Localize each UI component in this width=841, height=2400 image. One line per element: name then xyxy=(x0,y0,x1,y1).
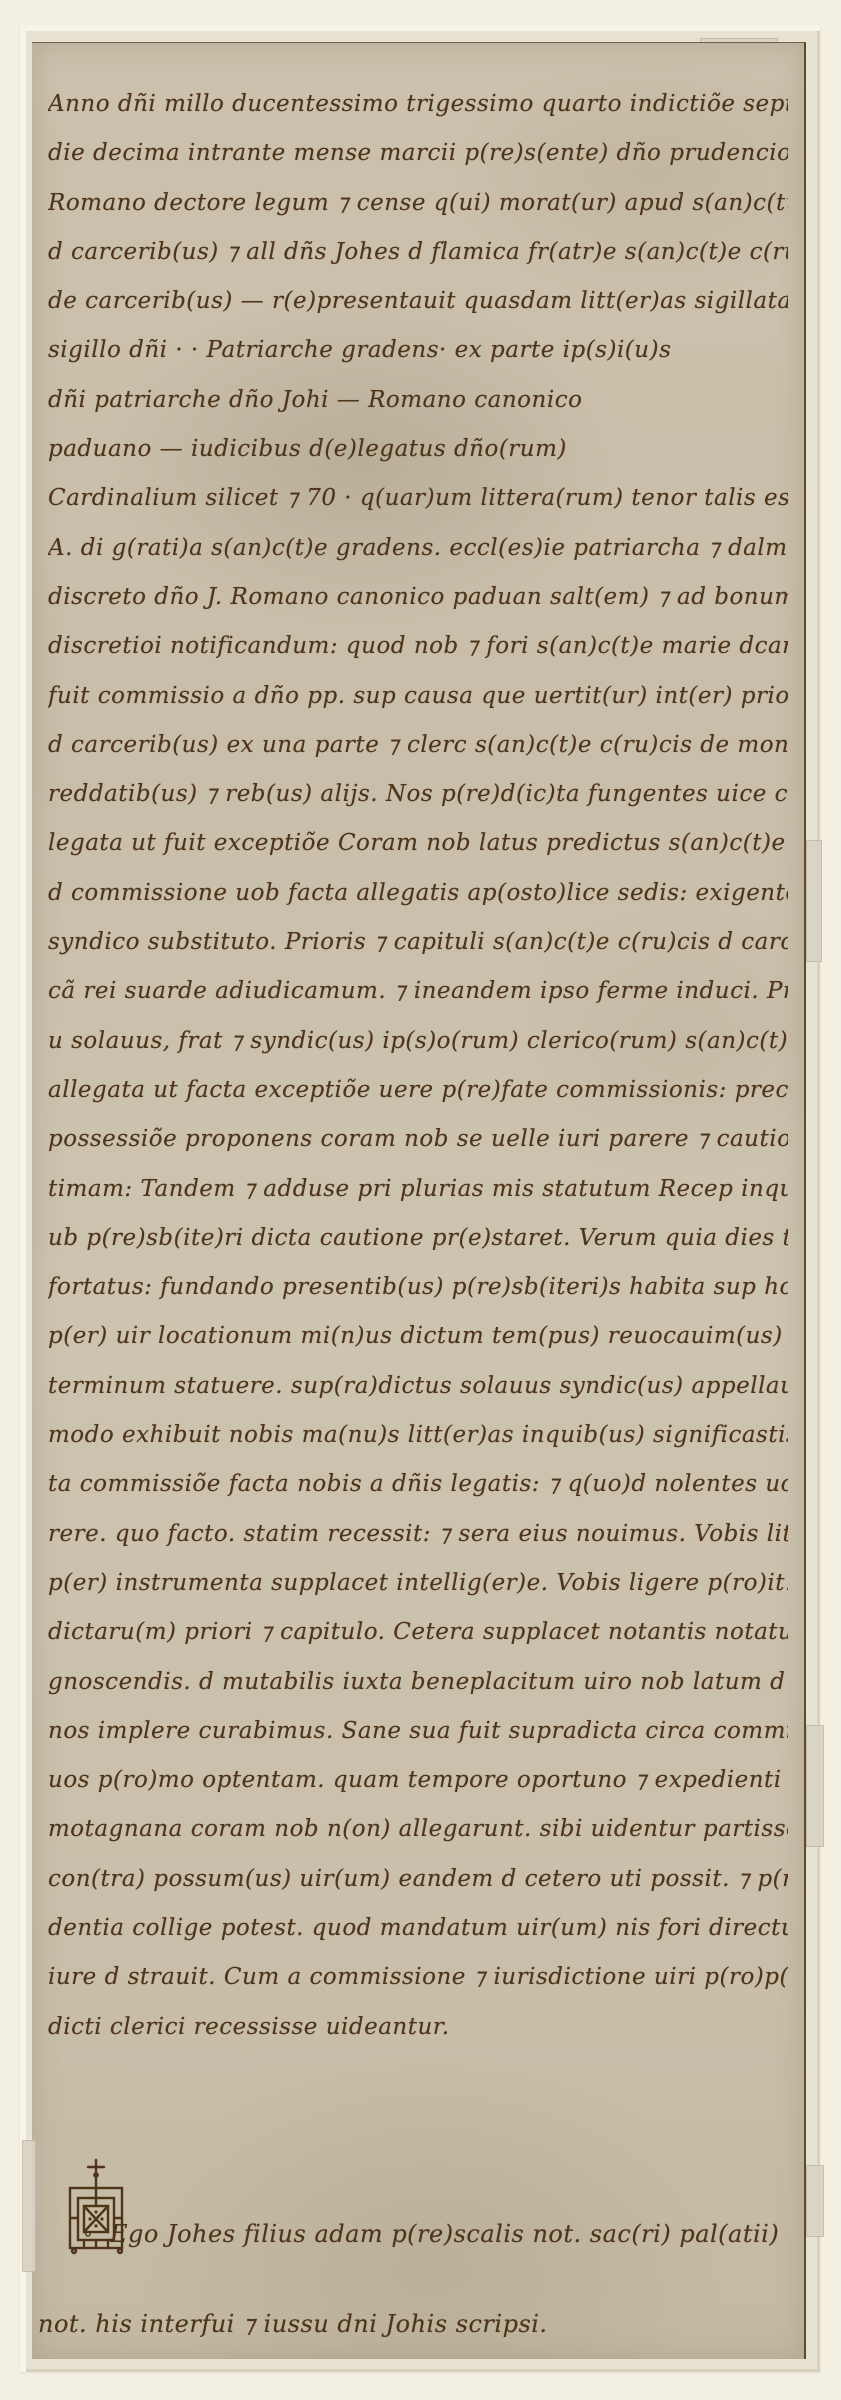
manuscript-line: motagnana coram nob n(on) allegarunt. si… xyxy=(48,1805,788,1854)
manuscript-line: dicti clerici recessisse uideantur. xyxy=(48,2003,788,2052)
manuscript-line: p(er) uir locationum mi(n)us dictum tem(… xyxy=(48,1312,788,1361)
manuscript-line: A. di g(rati)a s(an)c(t)e gradens. eccl(… xyxy=(48,524,788,573)
manuscript-line: fuit commissio a dño pp. sup causa que u… xyxy=(48,672,788,721)
subscription-line-1: Ego Johes filius adam p(re)scalis not. s… xyxy=(110,2210,790,2259)
manuscript-line: nos implere curabimus. Sane sua fuit sup… xyxy=(48,1707,788,1756)
hinge-tab-left xyxy=(22,2140,36,2272)
subscription-line-2: not. his interfui ⁊ iussu dni Johis scri… xyxy=(38,2300,738,2349)
manuscript-line: d commissione uob facta allegatis ap(ost… xyxy=(48,869,788,918)
manuscript-line: dictaru(m) priori ⁊ capitulo. Cetera sup… xyxy=(48,1608,788,1657)
manuscript-line: Anno dñi millo ducentessimo trigessimo q… xyxy=(48,80,788,129)
notary-subscription: Ego Johes filius adam p(re)scalis not. s… xyxy=(110,2210,790,2259)
manuscript-line: dentia collige potest. quod mandatum uir… xyxy=(48,1904,788,1953)
manuscript-line: sigillo dñi · · Patriarche gradens· ex p… xyxy=(48,326,788,375)
manuscript-line: Cardinalium silicet ⁊ 70 · q(uar)um litt… xyxy=(48,474,788,523)
manuscript-line: syndico substituto. Prioris ⁊ capituli s… xyxy=(48,918,788,967)
document-body: Anno dñi millo ducentessimo trigessimo q… xyxy=(48,80,788,2052)
manuscript-line: d carcerib(us) ex una parte ⁊ clerc s(an… xyxy=(48,721,788,770)
hinge-tab-right-3 xyxy=(806,2165,824,2237)
manuscript-line: fortatus: fundando presentib(us) p(re)sb… xyxy=(48,1263,788,1312)
manuscript-line: p(er) instrumenta supplacet intellig(er)… xyxy=(48,1559,788,1608)
manuscript-line: timam: Tandem ⁊ adduse pri plurias mis s… xyxy=(48,1165,788,1214)
manuscript-line: allegata ut facta exceptiõe uere p(re)fa… xyxy=(48,1066,788,1115)
manuscript-line: possessiõe proponens coram nob se uelle … xyxy=(48,1115,788,1164)
manuscript-line: Romano dectore legum ⁊ cense q(ui) morat… xyxy=(48,179,788,228)
manuscript-line: dñi patriarche dño Johi — Romano canonic… xyxy=(48,376,788,425)
manuscript-line: modo exhibuit nobis ma(nu)s litt(er)as i… xyxy=(48,1411,788,1460)
manuscript-line: gnoscendis. d mutabilis iuxta beneplacit… xyxy=(48,1658,788,1707)
notary-subscription-continued: not. his interfui ⁊ iussu dni Johis scri… xyxy=(38,2300,738,2349)
manuscript-line: d carcerib(us) ⁊ all dñs Johes d flamica… xyxy=(48,228,788,277)
manuscript-line: terminum statuere. sup(ra)dictus solauus… xyxy=(48,1362,788,1411)
manuscript-line: iure d strauit. Cum a commissione ⁊ iuri… xyxy=(48,1953,788,2002)
manuscript-line: uos p(ro)mo optentam. quam tempore oport… xyxy=(48,1756,788,1805)
hinge-tab-right-1 xyxy=(806,840,822,962)
manuscript-line: ta commissiõe facta nobis a dñis legatis… xyxy=(48,1460,788,1509)
manuscript-line: con(tra) possum(us) uir(um) eandem d cet… xyxy=(48,1855,788,1904)
manuscript-line: u solauus, frat ⁊ syndic(us) ip(s)o(rum)… xyxy=(48,1017,788,1066)
manuscript-line: reddatib(us) ⁊ reb(us) alijs. Nos p(re)d… xyxy=(48,770,788,819)
manuscript-line: cã rei suarde adiudicamum. ⁊ ineandem ip… xyxy=(48,967,788,1016)
manuscript-line: rere. quo facto. statim recessit: ⁊ sera… xyxy=(48,1510,788,1559)
manuscript-line: paduano — iudicibus d(e)legatus dño(rum) xyxy=(48,425,788,474)
manuscript-line: discretioi notificandum: quod nob ⁊ fori… xyxy=(48,622,788,671)
manuscript-line: legata ut fuit exceptiõe Coram nob latus… xyxy=(48,819,788,868)
manuscript-line: de carcerib(us) — r(e)presentauit quasda… xyxy=(48,277,788,326)
manuscript-line: discreto dño J. Romano canonico paduan s… xyxy=(48,573,788,622)
manuscript-line: die decima intrante mense marcii p(re)s(… xyxy=(48,129,788,178)
manuscript-line: ub p(re)sb(ite)ri dicta cautione pr(e)st… xyxy=(48,1214,788,1263)
hinge-tab-right-2 xyxy=(806,1725,824,1847)
